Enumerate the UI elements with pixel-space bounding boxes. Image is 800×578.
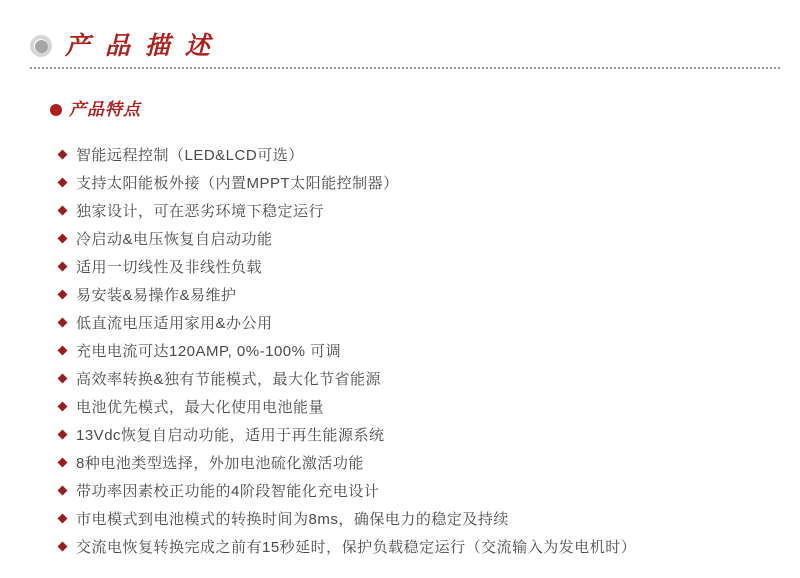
diamond-bullet-icon — [58, 261, 68, 271]
feature-text: 独家设计，可在恶劣环境下稳定运行 — [76, 200, 324, 221]
diamond-bullet-icon — [58, 289, 68, 299]
product-description-page: 产 品 描 述 产品特点 智能远程控制（LED&LCD可选） 支持太阳能板外接（… — [0, 0, 800, 578]
section-bullet-core-icon — [35, 40, 48, 53]
feature-text: 适用一切线性及非线性负载 — [76, 256, 262, 277]
features-heading: 产品特点 — [69, 100, 141, 120]
feature-item: 交流电恢复转换完成之前有15秒延时，保护负载稳定运行（交流输入为发电机时） — [59, 532, 800, 560]
feature-item: 冷启动&电压恢复自启动功能 — [59, 224, 800, 252]
diamond-bullet-icon — [58, 149, 68, 159]
feature-text: 市电模式到电池模式的转换时间为8ms，确保电力的稳定及持续 — [76, 508, 509, 529]
feature-item: 市电模式到电池模式的转换时间为8ms，确保电力的稳定及持续 — [59, 504, 800, 532]
feature-item: 易安装&易操作&易维护 — [59, 280, 800, 308]
feature-text: 充电电流可达120AMP, 0%-100% 可调 — [76, 340, 341, 361]
feature-item: 独家设计，可在恶劣环境下稳定运行 — [59, 196, 800, 224]
feature-item: 8种电池类型选择，外加电池硫化激活功能 — [59, 448, 800, 476]
feature-text: 支持太阳能板外接（内置MPPT太阳能控制器） — [76, 172, 399, 193]
feature-text: 8种电池类型选择，外加电池硫化激活功能 — [76, 452, 364, 473]
feature-item: 高效率转换&独有节能模式，最大化节省能源 — [59, 364, 800, 392]
feature-item: 低直流电压适用家用&办公用 — [59, 308, 800, 336]
feature-text: 易安装&易操作&易维护 — [76, 284, 237, 305]
feature-text: 带功率因素校正功能的4阶段智能化充电设计 — [76, 480, 379, 501]
features-section: 产品特点 智能远程控制（LED&LCD可选） 支持太阳能板外接（内置MPPT太阳… — [0, 69, 800, 560]
diamond-bullet-icon — [58, 513, 68, 523]
diamond-bullet-icon — [58, 429, 68, 439]
feature-item: 支持太阳能板外接（内置MPPT太阳能控制器） — [59, 168, 800, 196]
red-dot-icon — [50, 104, 62, 116]
feature-text: 低直流电压适用家用&办公用 — [76, 312, 273, 333]
features-header: 产品特点 — [50, 100, 800, 120]
feature-item: 13Vdc恢复自启动功能，适用于再生能源系统 — [59, 420, 800, 448]
feature-item: 电池优先模式，最大化使用电池能量 — [59, 392, 800, 420]
diamond-bullet-icon — [58, 485, 68, 495]
feature-item: 带功率因素校正功能的4阶段智能化充电设计 — [59, 476, 800, 504]
section-bullet-icon — [30, 35, 52, 57]
feature-text: 冷启动&电压恢复自启动功能 — [76, 228, 273, 249]
diamond-bullet-icon — [58, 233, 68, 243]
diamond-bullet-icon — [58, 317, 68, 327]
diamond-bullet-icon — [58, 541, 68, 551]
feature-list: 智能远程控制（LED&LCD可选） 支持太阳能板外接（内置MPPT太阳能控制器）… — [50, 140, 800, 560]
feature-item: 适用一切线性及非线性负载 — [59, 252, 800, 280]
feature-item: 充电电流可达120AMP, 0%-100% 可调 — [59, 336, 800, 364]
feature-text: 高效率转换&独有节能模式，最大化节省能源 — [76, 368, 381, 389]
feature-text: 13Vdc恢复自启动功能，适用于再生能源系统 — [76, 424, 385, 445]
feature-text: 智能远程控制（LED&LCD可选） — [76, 144, 304, 165]
diamond-bullet-icon — [58, 373, 68, 383]
feature-text: 电池优先模式，最大化使用电池能量 — [76, 396, 324, 417]
section-header: 产 品 描 述 — [0, 0, 800, 59]
diamond-bullet-icon — [58, 177, 68, 187]
diamond-bullet-icon — [58, 457, 68, 467]
diamond-bullet-icon — [58, 205, 68, 215]
feature-item: 智能远程控制（LED&LCD可选） — [59, 140, 800, 168]
feature-text: 交流电恢复转换完成之前有15秒延时，保护负载稳定运行（交流输入为发电机时） — [76, 536, 636, 557]
diamond-bullet-icon — [58, 401, 68, 411]
page-title: 产 品 描 述 — [65, 33, 214, 59]
diamond-bullet-icon — [58, 345, 68, 355]
